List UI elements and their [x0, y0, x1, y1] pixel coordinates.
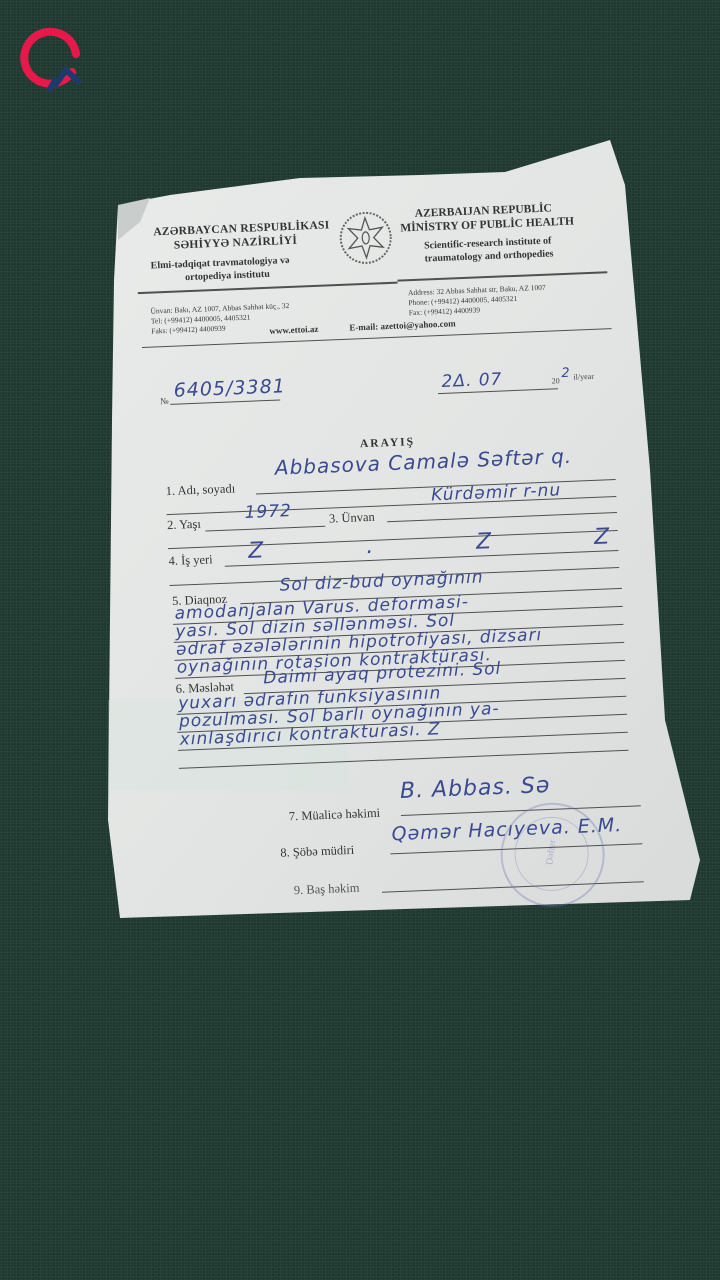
diagnosis-line: Sol diz-bud oynağının	[279, 567, 484, 595]
doctor-label: 7. Müalicə həkimi	[289, 806, 381, 825]
header-left-line2: SƏHİYYƏ NAZİRLİYİ	[174, 235, 298, 252]
date-year-suffix: il/year	[573, 372, 594, 382]
medical-certificate-paper: AZƏRBAYCAN RESPUBLİKASI SƏHİYYƏ NAZİRLİY…	[0, 0, 720, 1280]
chief-label: 9. Baş həkim	[294, 881, 360, 899]
advice-underline	[179, 750, 629, 769]
contacts-left-fax: Faks: (+99412) 4400939	[151, 324, 226, 336]
age-underline	[205, 526, 325, 532]
address-label: 3. Ünvan	[329, 510, 375, 527]
header-divider-right	[397, 271, 607, 281]
address-underline	[387, 512, 617, 522]
header-right-line4: traumatology and orthopedies	[424, 248, 553, 264]
date-year-hand: 2	[561, 366, 571, 381]
name-value: Abbasova Camalə Səftər q.	[274, 444, 572, 480]
work-label: 4. İş yeri	[168, 552, 213, 569]
document-title: ARAYIŞ	[360, 436, 415, 450]
header-left-line1: AZƏRBAYCAN RESPUBLİKASI	[153, 219, 330, 238]
date-year-prefix: 20	[551, 376, 559, 385]
age-label: 2. Yaşı	[167, 517, 201, 533]
contacts-right-fax: Fax: (+99412) 4400939	[409, 305, 481, 317]
email-link[interactable]: E-mail: azettoi@yahoo.com	[349, 318, 456, 332]
date-day-month: 2Δ. 07	[441, 370, 503, 392]
header-divider-left	[138, 282, 398, 294]
number-prefix: №	[160, 396, 169, 406]
certificate-number: 6405/3381	[173, 375, 286, 401]
head-dept-label: 8. Şöbə müdiri	[280, 843, 355, 861]
header-left-line4: ortopediya institutu	[185, 269, 270, 283]
state-emblem-icon	[337, 209, 395, 267]
website-link[interactable]: www.ettoi.az	[269, 324, 318, 336]
address-value: Kürdəmir r-nu	[431, 480, 562, 505]
doctor-signature: B. Abbas. Sə	[399, 773, 550, 804]
name-label: 1. Adı, soyadı	[165, 481, 235, 499]
age-value: 1972	[244, 501, 292, 523]
